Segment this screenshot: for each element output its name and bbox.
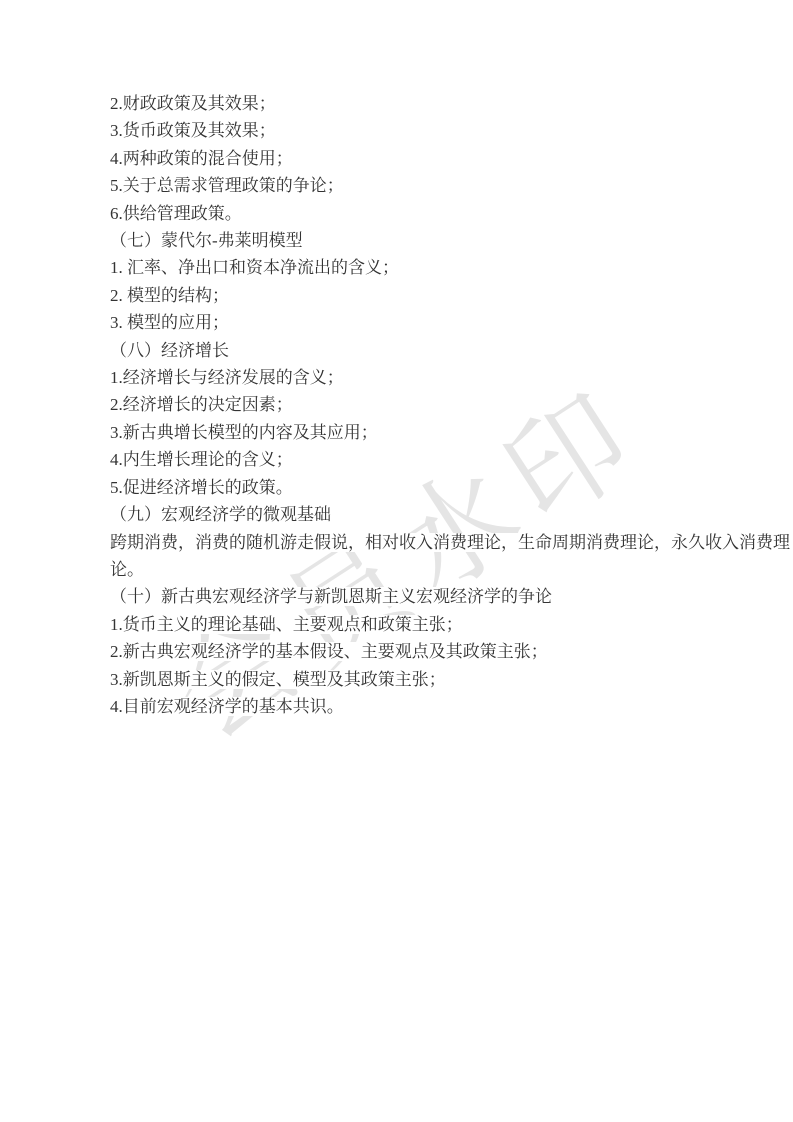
document-line-paragraph: 跨期消费，消费的随机游走假说，相对收入消费理论，生命周期消费理论，永久收入消费理 (110, 529, 680, 556)
document-line-list-item: 3.货币政策及其效果； (110, 117, 680, 144)
document-line-text: 4.两种政策的混合使用； (110, 149, 293, 168)
document-line-text: 论。 (110, 560, 144, 579)
document-line-text: 5.关于总需求管理政策的争论； (110, 176, 344, 195)
document-line-text: 2.新古典宏观经济学的基本假设、主要观点及其政策主张； (110, 642, 548, 661)
document-line-text: （七）蒙代尔-弗莱明模型 (110, 231, 303, 250)
document-line-list-item: 2.新古典宏观经济学的基本假设、主要观点及其政策主张； (110, 638, 680, 665)
document-line-list-item: 2.财政政策及其效果； (110, 90, 680, 117)
document-line-list-item: 1.经济增长与经济发展的含义； (110, 364, 680, 391)
document-line-text: 2. 模型的结构； (110, 286, 229, 305)
document-line-text: 1.货币主义的理论基础、主要观点和政策主张； (110, 615, 463, 634)
document-line-text: 5.促进经济增长的政策。 (110, 478, 293, 497)
document-line-section-heading: （十）新古典宏观经济学与新凯恩斯主义宏观经济学的争论 (110, 583, 680, 610)
document-line-text: 6.供给管理政策。 (110, 204, 242, 223)
document-line-list-item: 6.供给管理政策。 (110, 200, 680, 227)
document-line-text: 2.财政政策及其效果； (110, 94, 276, 113)
document-line-list-item: 5.促进经济增长的政策。 (110, 474, 680, 501)
document-line-text: 3.新凯恩斯主义的假定、模型及其政策主张； (110, 670, 446, 689)
document-line-text: 2.经济增长的决定因素； (110, 395, 293, 414)
document-content: 2.财政政策及其效果；3.货币政策及其效果；4.两种政策的混合使用；5.关于总需… (110, 90, 680, 720)
document-line-list-item: 1.货币主义的理论基础、主要观点和政策主张； (110, 611, 680, 638)
document-line-text: 跨期消费，消费的随机游走假说，相对收入消费理论，生命周期消费理论，永久收入消费理 (110, 533, 790, 552)
document-line-list-item: 2. 模型的结构； (110, 282, 680, 309)
document-line-list-item: 3.新凯恩斯主义的假定、模型及其政策主张； (110, 666, 680, 693)
document-line-list-item: 3. 模型的应用； (110, 309, 680, 336)
document-line-text: 4.目前宏观经济学的基本共识。 (110, 697, 344, 716)
document-line-list-item: 5.关于总需求管理政策的争论； (110, 172, 680, 199)
document-line-section-heading: （九）宏观经济学的微观基础 (110, 501, 680, 528)
document-page: 会员水印 2.财政政策及其效果；3.货币政策及其效果；4.两种政策的混合使用；5… (0, 0, 793, 1122)
document-line-text: （八）经济增长 (110, 341, 229, 360)
document-line-list-item: 3.新古典增长模型的内容及其应用； (110, 419, 680, 446)
document-line-text: 3.新古典增长模型的内容及其应用； (110, 423, 378, 442)
document-line-list-item: 2.经济增长的决定因素； (110, 391, 680, 418)
document-line-text: 1. 汇率、净出口和资本净流出的含义； (110, 258, 399, 277)
document-line-section-heading: （八）经济增长 (110, 337, 680, 364)
document-line-text: 3. 模型的应用； (110, 313, 229, 332)
document-line-text: 3.货币政策及其效果； (110, 121, 276, 140)
document-line-list-item: 1. 汇率、净出口和资本净流出的含义； (110, 254, 680, 281)
document-line-text: （十）新古典宏观经济学与新凯恩斯主义宏观经济学的争论 (110, 587, 552, 606)
document-line-paragraph-continuation: 论。 (110, 556, 680, 583)
document-line-text: （九）宏观经济学的微观基础 (110, 505, 331, 524)
document-line-list-item: 4.内生增长理论的含义； (110, 446, 680, 473)
document-line-text: 4.内生增长理论的含义； (110, 450, 293, 469)
document-line-list-item: 4.两种政策的混合使用； (110, 145, 680, 172)
document-line-list-item: 4.目前宏观经济学的基本共识。 (110, 693, 680, 720)
document-line-section-heading: （七）蒙代尔-弗莱明模型 (110, 227, 680, 254)
document-line-text: 1.经济增长与经济发展的含义； (110, 368, 344, 387)
